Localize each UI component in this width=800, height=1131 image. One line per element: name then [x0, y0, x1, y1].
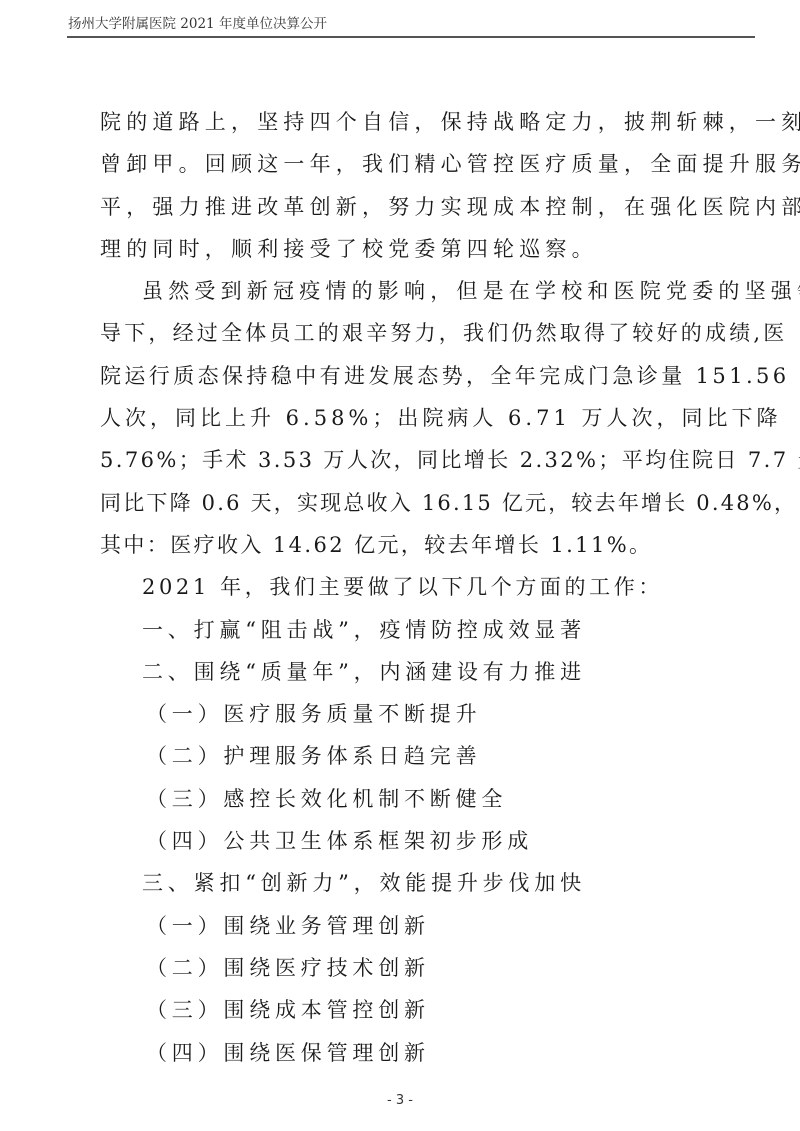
- section-2: 二、围绕“质量年”，内涵建设有力推进 （一）医疗服务质量不断提升 （二）护理服务…: [100, 651, 700, 862]
- text-line: 同比下降 0.6 天，实现总收入 16.15 亿元，较去年增长 0.48%，: [100, 482, 700, 524]
- text-line: 导下，经过全体员工的艰辛努力，我们仍然取得了较好的成绩,医: [100, 312, 700, 354]
- text-line: 理的同时，顺利接受了校党委第四轮巡察。: [100, 228, 700, 270]
- section-item: （二）护理服务体系日趋完善: [100, 735, 700, 777]
- section-3: 三、紧扣“创新力”，效能提升步伐加快 （一）围绕业务管理创新 （二）围绕医疗技术…: [100, 862, 700, 1073]
- section-item: （三）围绕成本管控创新: [100, 989, 700, 1031]
- text-line: 虽然受到新冠疫情的影响，但是在学校和医院党委的坚强领: [100, 270, 700, 312]
- section-item: （二）围绕医疗技术创新: [100, 947, 700, 989]
- section-item: （四）公共卫生体系框架初步形成: [100, 820, 700, 862]
- intro-line: 2021 年，我们主要做了以下几个方面的工作：: [100, 566, 700, 608]
- header-title: 扬州大学附属医院 2021 年度单位决算公开: [68, 12, 327, 32]
- text-line: 院的道路上，坚持四个自信，保持战略定力，披荆斩棘，一刻不: [100, 101, 700, 143]
- text-line: 院运行质态保持稳中有进发展态势，全年完成门急诊量 151.56 万: [100, 355, 700, 397]
- paragraph-2: 虽然受到新冠疫情的影响，但是在学校和医院党委的坚强领 导下，经过全体员工的艰辛努…: [100, 270, 700, 566]
- section-1: 一、打赢“阻击战”，疫情防控成效显著: [100, 609, 700, 651]
- section-item: （一）围绕业务管理创新: [100, 905, 700, 947]
- section-heading: 一、打赢“阻击战”，疫情防控成效显著: [100, 609, 700, 651]
- text-line: 人次，同比上升 6.58%；出院病人 6.71 万人次，同比下降: [100, 397, 700, 439]
- text-line: 5.76%；手术 3.53 万人次，同比增长 2.32%；平均住院日 7.7 天…: [100, 439, 700, 481]
- page-header: 扬州大学附属医院 2021 年度单位决算公开: [67, 10, 755, 38]
- text-line: 其中：医疗收入 14.62 亿元，较去年增长 1.11%。: [100, 524, 700, 566]
- section-item: （一）医疗服务质量不断提升: [100, 693, 700, 735]
- section-heading: 二、围绕“质量年”，内涵建设有力推进: [100, 651, 700, 693]
- paragraph-1: 院的道路上，坚持四个自信，保持战略定力，披荆斩棘，一刻不 曾卸甲。回顾这一年，我…: [100, 101, 700, 270]
- section-heading: 三、紧扣“创新力”，效能提升步伐加快: [100, 862, 700, 904]
- document-body: 院的道路上，坚持四个自信，保持战略定力，披荆斩棘，一刻不 曾卸甲。回顾这一年，我…: [100, 101, 700, 1074]
- text-line: 平，强力推进改革创新，努力实现成本控制，在强化医院内部管: [100, 186, 700, 228]
- section-item: （三）感控长效化机制不断健全: [100, 778, 700, 820]
- page-number: - 3 -: [0, 1093, 800, 1108]
- section-item: （四）围绕医保管理创新: [100, 1032, 700, 1074]
- text-line: 曾卸甲。回顾这一年，我们精心管控医疗质量，全面提升服务水: [100, 143, 700, 185]
